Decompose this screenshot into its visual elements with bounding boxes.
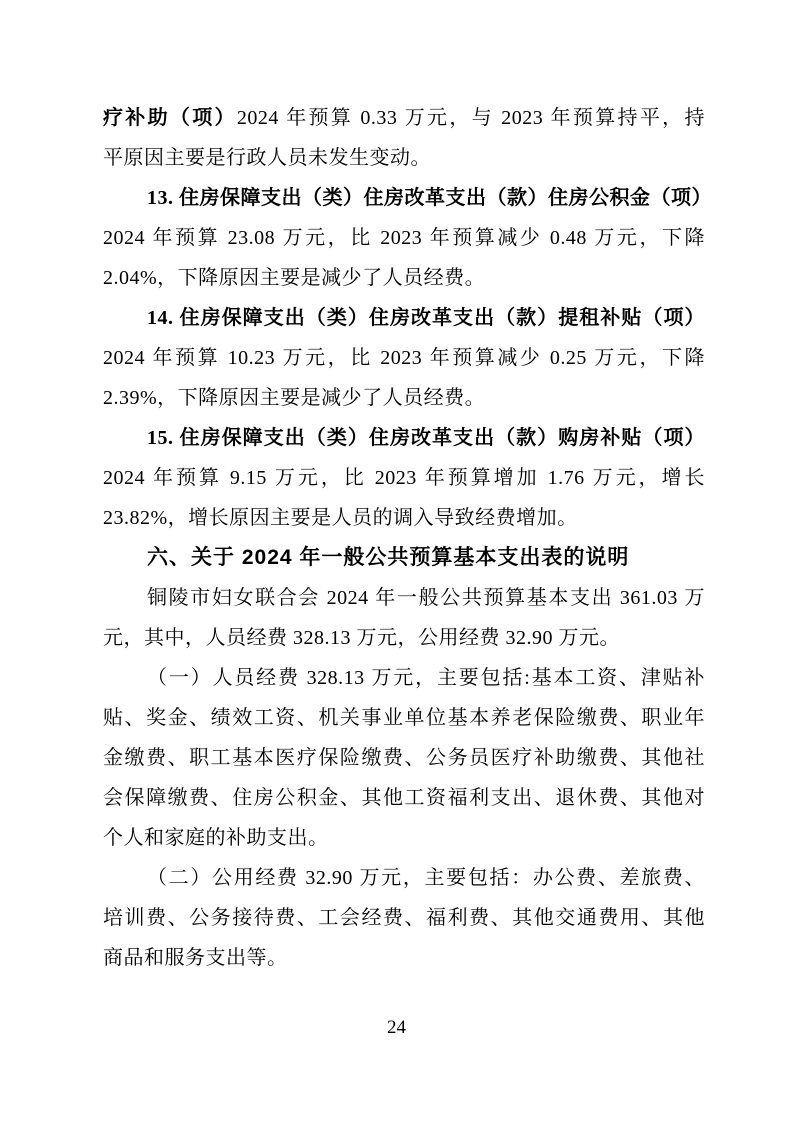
text-line: 2.39%，下降原因主要是减少了人员经费。 <box>103 378 705 418</box>
text-run: 2024 年预算 9.15 万元，比 2023 年预算增加 1.76 万元，增长 <box>103 467 705 489</box>
text-run: 六、关于 2024 年一般公共预算基本支出表的说明 <box>147 546 629 569</box>
text-line: 贴、奖金、绩效工资、机关事业单位基本养老保险缴费、职业年 <box>103 698 705 738</box>
text-line: 2.04%，下降原因主要是减少了人员经费。 <box>103 258 705 298</box>
text-run: （一）人员经费 328.13 万元，主要包括:基本工资、津贴补 <box>147 667 705 689</box>
text-run: 会保障缴费、住房公积金、其他工资福利支出、退休费、其他对 <box>103 787 705 809</box>
item-heading-line: 14. 住房保障支出（类）住房改革支出（款）提租补贴（项） <box>103 298 705 338</box>
text-run: 金缴费、职工基本医疗保险缴费、公务员医疗补助缴费、其他社 <box>103 747 705 769</box>
text-line: 培训费、公务接待费、工会经费、福利费、其他交通费用、其他 <box>103 898 705 938</box>
document-page: 疗补助（项）2024 年预算 0.33 万元，与 2023 年预算持平，持平原因… <box>0 0 793 1122</box>
item-heading-line: 13. 住房保障支出（类）住房改革支出（款）住房公积金（项） <box>103 178 705 218</box>
text-run: 2024 年预算 10.23 万元，比 2023 年预算减少 0.25 万元，下… <box>103 347 705 369</box>
text-run: 14. 住房保障支出（类）住房改革支出（款）提租补贴（项） <box>147 307 705 329</box>
text-run: 2024 年预算 0.33 万元，与 2023 年预算持平，持 <box>237 107 705 129</box>
bold-run: 疗补助（项） <box>103 107 237 129</box>
text-run: （二）公用经费 32.90 万元，主要包括：办公费、差旅费、 <box>147 867 705 889</box>
text-line: 商品和服务支出等。 <box>103 938 705 978</box>
text-line: 元，其中，人员经费 328.13 万元，公用经费 32.90 万元。 <box>103 618 705 658</box>
text-line: 会保障缴费、住房公积金、其他工资福利支出、退休费、其他对 <box>103 778 705 818</box>
section-heading: 六、关于 2024 年一般公共预算基本支出表的说明 <box>103 538 705 578</box>
text-run: 个人和家庭的补助支出。 <box>103 827 329 849</box>
page-number: 24 <box>0 1014 793 1042</box>
text-line: 金缴费、职工基本医疗保险缴费、公务员医疗补助缴费、其他社 <box>103 738 705 778</box>
text-line: 疗补助（项）2024 年预算 0.33 万元，与 2023 年预算持平，持 <box>103 98 705 138</box>
text-line: 2024 年预算 10.23 万元，比 2023 年预算减少 0.25 万元，下… <box>103 338 705 378</box>
text-run: 2.04%，下降原因主要是减少了人员经费。 <box>103 267 485 289</box>
text-run: 平原因主要是行政人员未发生变动。 <box>103 147 431 169</box>
text-run: 培训费、公务接待费、工会经费、福利费、其他交通费用、其他 <box>103 907 705 929</box>
text-line: 个人和家庭的补助支出。 <box>103 818 705 858</box>
text-run: 商品和服务支出等。 <box>103 947 288 969</box>
text-line: 平原因主要是行政人员未发生变动。 <box>103 138 705 178</box>
text-run: 23.82%，增长原因主要是人员的调入导致经费增加。 <box>103 507 578 529</box>
text-run: 15. 住房保障支出（类）住房改革支出（款）购房补贴（项） <box>147 427 705 449</box>
text-run: 2024 年预算 23.08 万元，比 2023 年预算减少 0.48 万元，下… <box>103 227 705 249</box>
text-line: 铜陵市妇女联合会 2024 年一般公共预算基本支出 361.03 万 <box>103 578 705 618</box>
text-run: 2.39%，下降原因主要是减少了人员经费。 <box>103 387 485 409</box>
text-run: 元，其中，人员经费 328.13 万元，公用经费 32.90 万元。 <box>103 627 620 649</box>
item-heading-line: 15. 住房保障支出（类）住房改革支出（款）购房补贴（项） <box>103 418 705 458</box>
text-line: 2024 年预算 9.15 万元，比 2023 年预算增加 1.76 万元，增长 <box>103 458 705 498</box>
text-line: （一）人员经费 328.13 万元，主要包括:基本工资、津贴补 <box>103 658 705 698</box>
text-run: 贴、奖金、绩效工资、机关事业单位基本养老保险缴费、职业年 <box>103 707 705 729</box>
text-line: 2024 年预算 23.08 万元，比 2023 年预算减少 0.48 万元，下… <box>103 218 705 258</box>
document-content: 疗补助（项）2024 年预算 0.33 万元，与 2023 年预算持平，持平原因… <box>103 98 705 978</box>
text-run: 13. 住房保障支出（类）住房改革支出（款）住房公积金（项） <box>147 187 705 209</box>
text-run: 铜陵市妇女联合会 2024 年一般公共预算基本支出 361.03 万 <box>147 587 705 609</box>
text-line: 23.82%，增长原因主要是人员的调入导致经费增加。 <box>103 498 705 538</box>
text-line: （二）公用经费 32.90 万元，主要包括：办公费、差旅费、 <box>103 858 705 898</box>
